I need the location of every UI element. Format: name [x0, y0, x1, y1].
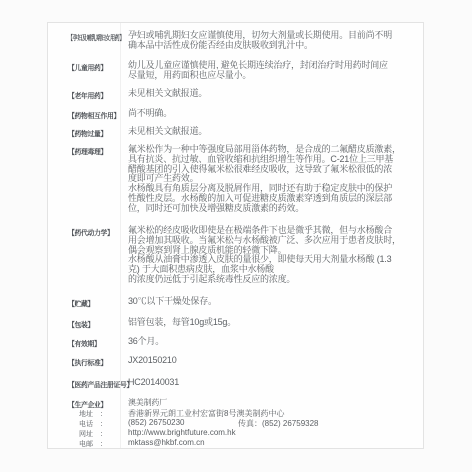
section-content: HC20140031: [128, 378, 420, 388]
section-content: 孕妇或哺乳期妇女应谨慎使用，切勿大剂量或长期使用。目前尚不明 确本品中活性成份能…: [128, 31, 420, 51]
section-label: 【药物相互作用】: [68, 110, 120, 120]
drug-leaflet-document: 【孕妇及哺乳期妇女用药】 孕妇或哺乳期妇女应谨慎使用，切勿大剂量或长期使用。目前…: [47, 22, 424, 449]
section-content: 30℃以下干燥处保存。: [128, 297, 420, 307]
phone-label: 电话 ：: [79, 419, 107, 429]
section-label: 【执行标准】: [68, 357, 107, 367]
section-label: 【贮藏】: [68, 298, 94, 308]
section-content: 未见相关文献报道。: [128, 89, 420, 99]
section-content: 氟米松的经皮吸收即使是在极端条件下也是微乎其微，但与水杨酸合 用会增加其吸收。当…: [128, 226, 420, 285]
email-value: mktass@hkbf.com.cn: [128, 438, 205, 447]
manufacturer-address-row: 地址 ： 香港新界元朗工业村宏富街8号澳美制药中心: [48, 409, 423, 419]
section-label: 【孕妇及哺乳期妇女用药】: [68, 32, 124, 42]
phone-value: (852) 26750230: [128, 418, 185, 427]
section-label: 【药理毒理】: [68, 146, 107, 156]
manufacturer-website-row: 网址 ： http://www.brightfuture.com.hk: [48, 429, 423, 439]
address-label: 地址 ：: [79, 409, 107, 419]
scan-speck: [158, 321, 160, 323]
section-label: 【儿童用药】: [68, 62, 107, 72]
section-content: JX20150210: [128, 356, 420, 366]
email-label: 电邮 ：: [79, 439, 107, 449]
section-label: 【药代动力学】: [68, 227, 113, 237]
section-content: 幼儿及儿童应谨慎使用, 避免长期连续治疗，封闭治疗时用药时间应 尽量短，用药面积…: [128, 61, 420, 81]
website-value: http://www.brightfuture.com.hk: [128, 428, 236, 437]
section-content: 36个月。: [128, 337, 420, 347]
section-label: 【药物过量】: [68, 128, 107, 138]
section-content: 铝管包装，每管10g或15g。: [128, 318, 420, 328]
manufacturer-email-row: 电邮 ： mktass@hkbf.com.cn: [48, 439, 423, 449]
section-content: 氟米松作为一种中等强度局部用甾体药物，是合成的二氟醋皮质激素， 具有抗炎、抗过敏…: [128, 145, 420, 214]
section-label: 【生产企业】: [68, 399, 107, 409]
section-content: 尚不明确。: [128, 109, 420, 119]
section-label: 【老年用药】: [68, 90, 107, 100]
section-content: 未见相关文献报道。: [128, 127, 420, 137]
website-label: 网址 ：: [79, 429, 107, 439]
fax-value: 传真：(852) 26759328: [238, 418, 319, 429]
section-label: 【包装】: [68, 319, 94, 329]
page-background: 【孕妇及哺乳期妇女用药】 孕妇或哺乳期妇女应谨慎使用，切勿大剂量或长期使用。目前…: [0, 0, 472, 472]
section-label: 【有效期】: [68, 338, 100, 348]
section-label: 【医药产品注册证号】: [68, 379, 133, 389]
manufacturer-name: 澳美制药厂: [128, 398, 420, 408]
